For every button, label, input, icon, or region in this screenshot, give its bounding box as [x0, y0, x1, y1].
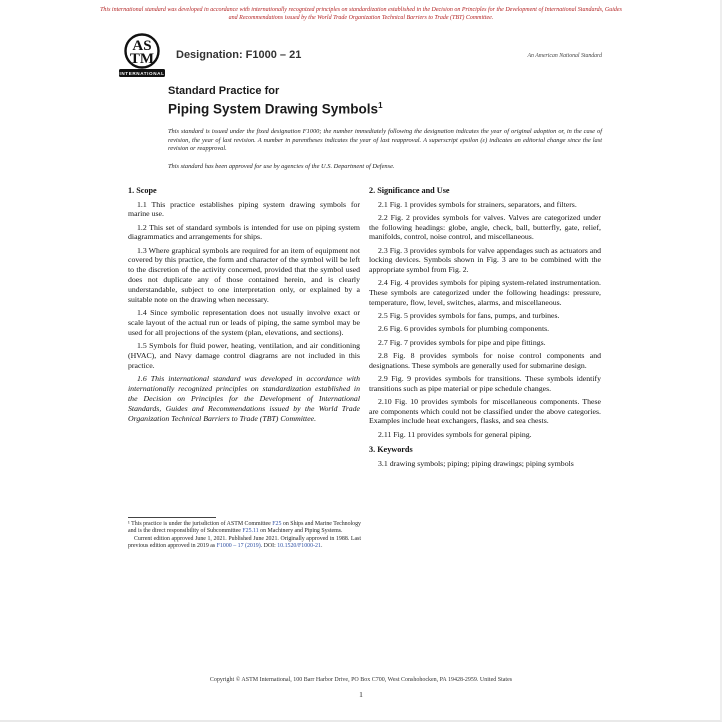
issue-note: This standard is issued under the fixed … — [168, 128, 602, 154]
top-disclaimer-text: This international standard was develope… — [100, 7, 622, 22]
page-number: 1 — [0, 690, 722, 699]
designation-label: Designation: F1000 – 21 — [176, 49, 301, 61]
document-title: Standard Practice for Piping System Draw… — [168, 85, 600, 118]
paragraph-1-3: 1.3 Where graphical symbols are required… — [128, 246, 360, 305]
paragraph-2-1: 2.1 Fig. 1 provides symbols for strainer… — [369, 200, 601, 210]
dod-approval-note: This standard has been approved for use … — [168, 163, 602, 170]
title-line-2: Piping System Drawing Symbols1 — [168, 98, 600, 118]
section-heading-significance: 2. Significance and Use — [369, 186, 601, 196]
paragraph-2-5: 2.5 Fig. 5 provides symbols for fans, pu… — [369, 311, 601, 321]
masthead: AS TM INTERNATIONAL Designation: F1000 –… — [118, 30, 602, 82]
footnote-2-text: . — [321, 543, 322, 549]
footnote-1-text: ¹ This practice is under the jurisdictio… — [128, 521, 272, 527]
american-national-standard-note: An American National Standard — [527, 53, 602, 59]
footnote-1-text: on Machinery and Piping Systems. — [259, 528, 343, 534]
paragraph-2-11: 2.11 Fig. 11 provides symbols for genera… — [369, 430, 601, 440]
doi-link[interactable]: 10.1520/F1000-21 — [277, 543, 321, 549]
paragraph-2-2: 2.2 Fig. 2 provides symbols for valves. … — [369, 213, 601, 243]
svg-text:INTERNATIONAL: INTERNATIONAL — [120, 71, 165, 76]
title-footnote-marker: 1 — [378, 101, 382, 110]
body-columns: 1. Scope 1.1 This practice establishes p… — [128, 186, 602, 472]
footnote-2-text: . DOI: — [261, 543, 278, 549]
paragraph-2-10: 2.10 Fig. 10 provides symbols for miscel… — [369, 397, 601, 427]
paragraph-1-6: 1.6 This international standard was deve… — [128, 374, 360, 424]
paragraph-2-9: 2.9 Fig. 9 provides symbols for transiti… — [369, 374, 601, 394]
paragraph-3-1: 3.1 drawing symbols; piping; piping draw… — [369, 459, 601, 469]
paragraph-1-4: 1.4 Since symbolic representation does n… — [128, 308, 360, 338]
previous-edition-link[interactable]: F1000 – 17 (2019) — [217, 543, 261, 549]
svg-text:TM: TM — [130, 51, 154, 67]
paragraph-1-5: 1.5 Symbols for fluid power, heating, ve… — [128, 341, 360, 371]
paragraph-1-1: 1.1 This practice establishes piping sys… — [128, 200, 360, 220]
title-text: Piping System Drawing Symbols — [168, 102, 378, 117]
paragraph-2-4: 2.4 Fig. 4 provides symbols for piping s… — [369, 278, 601, 308]
right-column: 2. Significance and Use 2.1 Fig. 1 provi… — [369, 186, 601, 472]
footnote-1: ¹ This practice is under the jurisdictio… — [128, 521, 361, 536]
title-line-1: Standard Practice for — [168, 85, 600, 98]
paragraph-2-8: 2.8 Fig. 8 provides symbols for noise co… — [369, 351, 601, 371]
subcommittee-link[interactable]: F25.11 — [242, 528, 258, 534]
paragraph-2-6: 2.6 Fig. 6 provides symbols for plumbing… — [369, 324, 601, 334]
paragraph-2-3: 2.3 Fig. 3 provides symbols for valve ap… — [369, 246, 601, 276]
paragraph-2-7: 2.7 Fig. 7 provides symbols for pipe and… — [369, 338, 601, 348]
section-heading-keywords: 3. Keywords — [369, 445, 601, 455]
document-page: This international standard was develope… — [0, 0, 722, 722]
footnote-separator — [128, 517, 216, 518]
astm-logo-icon: AS TM INTERNATIONAL — [118, 32, 166, 80]
section-heading-scope: 1. Scope — [128, 186, 360, 196]
copyright-line: Copyright © ASTM International, 100 Barr… — [100, 677, 622, 683]
footnote-block: ¹ This practice is under the jurisdictio… — [128, 517, 361, 550]
left-column: 1. Scope 1.1 This practice establishes p… — [128, 186, 360, 472]
footnote-2: Current edition approved June 1, 2021. P… — [128, 536, 361, 551]
paragraph-1-2: 1.2 This set of standard symbols is inte… — [128, 223, 360, 243]
